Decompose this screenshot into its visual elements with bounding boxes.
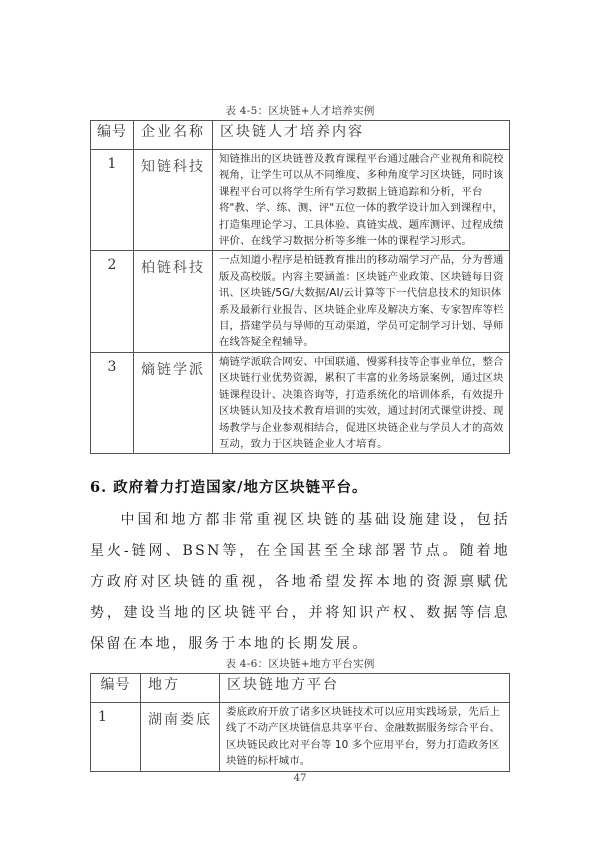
- row-content: 娄底政府开放了诸多区块链技术可以应用实践场景，先后上线了不动产区块链信息共享平台…: [220, 703, 510, 772]
- row-id: 1: [91, 703, 141, 772]
- table-4-5: 编号 企业名称 区块链人才培养内容 1 知链科技 知链推出的区块链普及教育课程平…: [90, 120, 510, 454]
- row-content: 熵链学派联合网安、中国联通、慢雾科技等企事业单位，整合区块链行业优势资源，累积了…: [213, 352, 510, 453]
- table-header-row: 编号 企业名称 区块链人才培养内容: [91, 121, 510, 150]
- table-4-6-caption: 表 4-6：区块链+地方平台实例: [0, 656, 600, 671]
- paragraph-text: 中国和地方都非常重视区块链的基础设施建设，包括星火-链网、BSN等，在全国甚至全…: [90, 512, 510, 652]
- row-id: 1: [91, 150, 134, 251]
- header-company: 企业名称: [134, 121, 213, 150]
- header-content: 区块链人才培养内容: [213, 121, 510, 150]
- header-place: 地方: [141, 674, 220, 703]
- header-id: 编号: [91, 674, 141, 703]
- table-4-5-caption: 表 4-5：区块链+人才培养实例: [0, 103, 600, 118]
- row-id: 3: [91, 352, 134, 453]
- row-company: 柏链科技: [134, 251, 213, 352]
- row-company: 知链科技: [134, 150, 213, 251]
- page-number: 47: [0, 773, 600, 784]
- header-platform: 区块链地方平台: [220, 674, 510, 703]
- row-id: 2: [91, 251, 134, 352]
- row-content: 一点知道小程序是柏链教育推出的移动端学习产品，分为普通版及高校版。内容主要涵盖：…: [213, 251, 510, 352]
- header-id: 编号: [91, 121, 134, 150]
- table-row: 1 湖南娄底 娄底政府开放了诸多区块链技术可以应用实践场景，先后上线了不动产区块…: [91, 703, 510, 772]
- row-content: 知链推出的区块链普及教育课程平台通过融合产业视角和院校视角，让学生可以从不同维度…: [213, 150, 510, 251]
- table-4-6: 编号 地方 区块链地方平台 1 湖南娄底 娄底政府开放了诸多区块链技术可以应用实…: [90, 673, 510, 772]
- table-row: 1 知链科技 知链推出的区块链普及教育课程平台通过融合产业视角和院校视角，让学生…: [91, 150, 510, 251]
- section-heading: 6. 政府着力打造国家/地方区块链平台。: [90, 476, 367, 497]
- row-company: 熵链学派: [134, 352, 213, 453]
- table-row: 2 柏链科技 一点知道小程序是柏链教育推出的移动端学习产品，分为普通版及高校版。…: [91, 251, 510, 352]
- section-paragraph: 中国和地方都非常重视区块链的基础设施建设，包括星火-链网、BSN等，在全国甚至全…: [90, 505, 510, 660]
- row-place: 湖南娄底: [141, 703, 220, 772]
- table-header-row: 编号 地方 区块链地方平台: [91, 674, 510, 703]
- table-row: 3 熵链学派 熵链学派联合网安、中国联通、慢雾科技等企事业单位，整合区块链行业优…: [91, 352, 510, 453]
